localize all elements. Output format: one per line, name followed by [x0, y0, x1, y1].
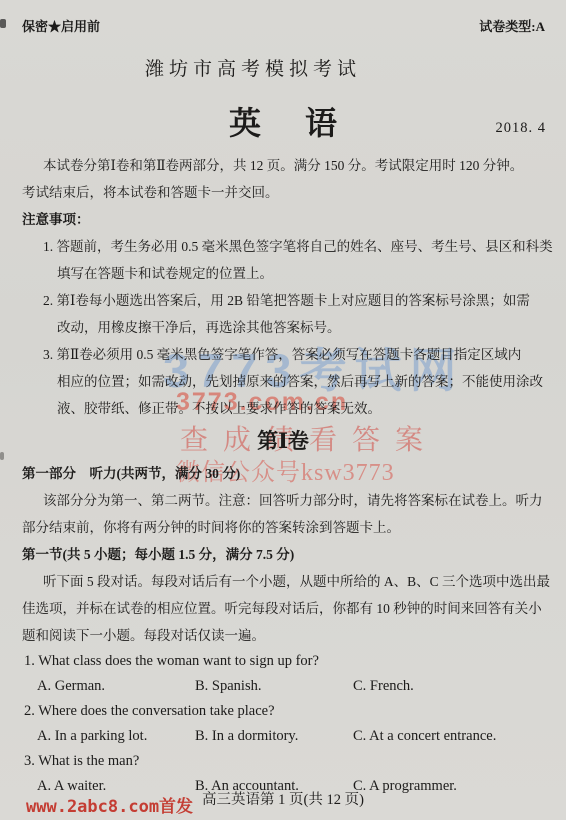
option-b: B. In a dormitory. [195, 724, 353, 749]
section-1-heading: 第一节(共 5 小题；每小题 1.5 分，满分 7.5 分) [0, 541, 566, 568]
subject-title: 英 语 [0, 102, 566, 144]
notice-item-1-line: 填写在答题卡和试卷规定的位置上。 [0, 260, 566, 287]
question-2: 2. Where does the conversation take plac… [0, 699, 566, 749]
question-text: 3. What is the man? [0, 749, 566, 774]
section-1-intro-line: 听下面 5 段对话。每段对话后有一个小题，从题中所给的 A、B、C 三个选项中选… [0, 568, 566, 595]
question-text: 1. What class does the woman want to sig… [0, 649, 566, 674]
notice-item-2-line: 改动，用橡皮擦干净后，再选涂其他答案标号。 [0, 314, 566, 341]
paper-header: 保密★启用前 试卷类型:A [0, 0, 566, 34]
intro-line: 本试卷分第Ⅰ卷和第Ⅱ卷两部分，共 12 页。满分 150 分。考试限定用时 12… [0, 152, 566, 179]
footer-watermark: www.2abc8.com首发 [26, 792, 193, 817]
part-1-heading: 第一部分 听力(共两节，满分 30 分) [0, 460, 566, 487]
notice-heading: 注意事项： [0, 206, 566, 233]
options-row: A. In a parking lot. B. In a dormitory. … [0, 724, 566, 749]
intro-line: 考试结束后，将本试卷和答题卡一并交回。 [0, 179, 566, 206]
option-c: C. French. [353, 674, 566, 699]
section-1-intro-line: 题和阅读下一小题。每段对话仅读一遍。 [0, 622, 566, 649]
volume-1-title: 第Ⅰ卷 [0, 424, 566, 458]
paper-body: 保密★启用前 试卷类型:A 潍坊市高考模拟考试 英 语 2018. 4 本试卷分… [0, 0, 566, 799]
notice-item-1-line: 1. 答题前，考生务必用 0.5 毫米黑色签字笔将自己的姓名、座号、考生号、县区… [0, 233, 566, 260]
exam-date: 2018. 4 [496, 120, 547, 137]
option-c: C. At a concert entrance. [353, 724, 566, 749]
part-1-intro-line: 该部分分为第一、第二两节。注意：回答听力部分时，请先将答案标在试卷上。听力 [0, 487, 566, 514]
notice-item-3-line: 液、胶带纸、修正带。不按以上要求作答的答案无效。 [0, 395, 566, 422]
spacer [0, 144, 566, 152]
exam-title: 潍坊市高考模拟考试 [0, 58, 536, 82]
section-1-intro-line: 佳选项，并标在试卷的相应位置。听完每段对话后，你都有 10 秒钟的时间来回答有关… [0, 595, 566, 622]
notice-item-3-line: 相应的位置；如需改动，先划掉原来的答案，然后再写上新的答案；不能使用涂改 [0, 368, 566, 395]
subject-char-2: 语 [305, 102, 337, 144]
question-text: 2. Where does the conversation take plac… [0, 699, 566, 724]
confidential-label: 保密★启用前 [22, 16, 100, 35]
paper-type-label: 试卷类型:A [479, 16, 545, 35]
question-1: 1. What class does the woman want to sig… [0, 649, 566, 699]
exam-paper-page: 3773考试网 3773.com.cn 查成绩看答案 微信公众号ksw3773 … [0, 0, 566, 820]
subject-char-1: 英 [229, 102, 261, 144]
notice-item-2-line: 2. 第Ⅰ卷每小题选出答案后，用 2B 铅笔把答题卡上对应题目的答案标号涂黑；如… [0, 287, 566, 314]
option-a: A. German. [37, 674, 195, 699]
option-a: A. In a parking lot. [37, 724, 195, 749]
options-row: A. German. B. Spanish. C. French. [0, 674, 566, 699]
part-1-intro-line: 部分结束前，你将有两分钟的时间将你的答案转涂到答题卡上。 [0, 514, 566, 541]
notice-item-3-line: 3. 第Ⅱ卷必须用 0.5 毫米黑色签字笔作答，答案必须写在答题卡各题目指定区域… [0, 341, 566, 368]
option-b: B. Spanish. [195, 674, 353, 699]
